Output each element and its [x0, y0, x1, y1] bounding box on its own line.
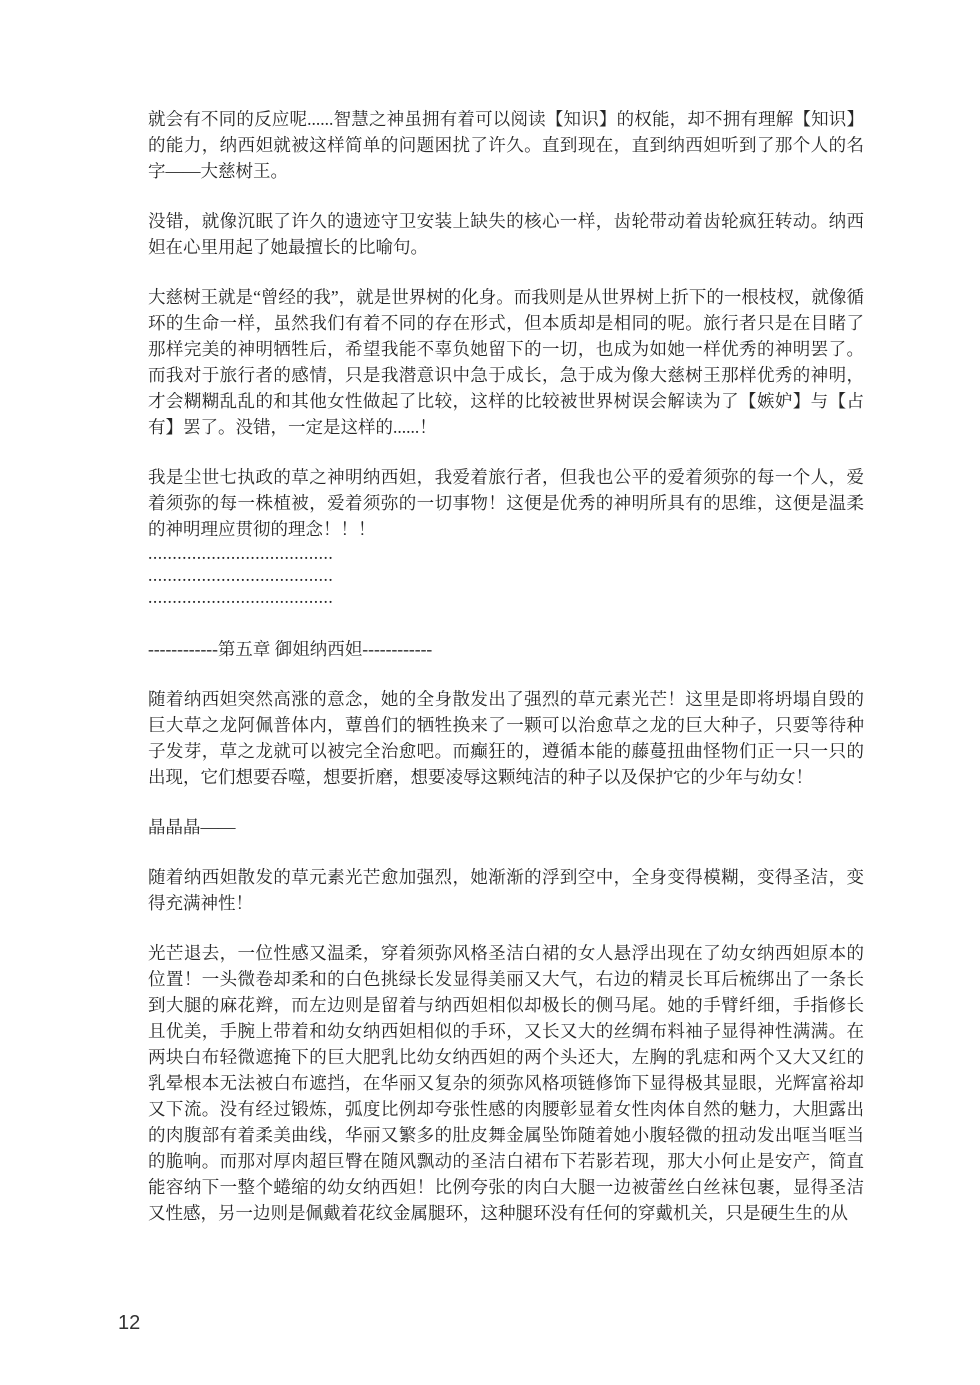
page-number: 12	[118, 1312, 140, 1335]
document-page: 就会有不同的反应呢......智慧之神虽拥有着可以阅读【知识】的权能，却不拥有理…	[0, 0, 980, 1385]
page-content: 就会有不同的反应呢......智慧之神虽拥有着可以阅读【知识】的权能，却不拥有理…	[148, 106, 864, 1226]
ellipsis-line: ......................................	[148, 542, 864, 564]
paragraph: 光芒退去，一位性感又温柔，穿着须弥风格圣洁白裙的女人悬浮出现在了幼女纳西妲原本的…	[148, 940, 864, 1226]
paragraph: 我是尘世七执政的草之神明纳西妲，我爱着旅行者，但我也公平的爱着须弥的每一个人，爱…	[148, 464, 864, 542]
ellipsis-line: ......................................	[148, 564, 864, 586]
paragraph: 大慈树王就是“曾经的我”，就是世界树的化身。而我则是从世界树上折下的一根枝杈，就…	[148, 284, 864, 440]
paragraph: 随着纳西妲突然高涨的意念，她的全身散发出了强烈的草元素光芒！这里是即将坍塌自毁的…	[148, 686, 864, 790]
ellipsis-block: ...................................... .…	[148, 542, 864, 608]
paragraph: 随着纳西妲散发的草元素光芒愈加强烈，她渐渐的浮到空中，全身变得模糊，变得圣洁，变…	[148, 864, 864, 916]
ellipsis-line: ......................................	[148, 586, 864, 608]
paragraph: 就会有不同的反应呢......智慧之神虽拥有着可以阅读【知识】的权能，却不拥有理…	[148, 106, 864, 184]
chapter-heading: ------------第五章 御姐纳西妲------------	[148, 636, 864, 662]
paragraph: 晶晶晶——	[148, 814, 864, 840]
paragraph: 没错，就像沉眠了许久的遗迹守卫安装上缺失的核心一样，齿轮带动着齿轮疯狂转动。纳西…	[148, 208, 864, 260]
